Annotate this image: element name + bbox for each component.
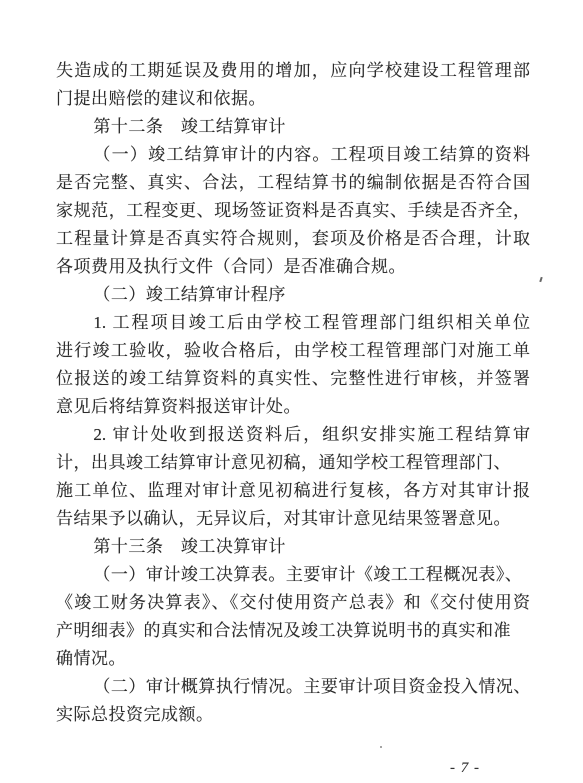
text-line: 产明细表》的真实和合法情况及竣工决算说明书的真实和准	[56, 617, 530, 645]
text-line: 意见后将结算资料报送审计处。	[56, 393, 530, 421]
text-line: （一）竣工结算审计的内容。工程项目竣工结算的资料	[56, 141, 530, 169]
text-line: 是否完整、真实、合法，工程结算书的编制依据是否符合国	[56, 169, 530, 197]
text-line: 失造成的工期延误及费用的增加，应向学校建设工程管理部	[56, 57, 530, 85]
text-line: 告结果予以确认，无异议后，对其审计意见结果签署意见。	[56, 505, 530, 533]
text-line: 《竣工财务决算表》、《交付使用资产总表》和《交付使用资	[56, 589, 530, 617]
text-line: （二）竣工结算审计程序	[56, 281, 530, 309]
text-line: 进行竣工验收，验收合格后，由学校工程管理部门对施工单	[56, 337, 530, 365]
text-line: 1. 工程项目竣工后由学校工程管理部门组织相关单位	[56, 309, 530, 337]
text-line: 门提出赔偿的建议和依据。	[56, 85, 530, 113]
document-page: 失造成的工期延误及费用的增加，应向学校建设工程管理部门提出赔偿的建议和依据。第十…	[0, 0, 583, 783]
scan-speck-icon	[539, 277, 542, 282]
text-line: 位报送的竣工结算资料的真实性、完整性进行审核，并签署	[56, 365, 530, 393]
text-line: 第十三条 竣工决算审计	[56, 533, 530, 561]
text-line: 2. 审计处收到报送资料后，组织安排实施工程结算审	[56, 421, 530, 449]
page-number: - 7 -	[450, 760, 496, 777]
text-line: 计，出具竣工结算审计意见初稿，通知学校工程管理部门、	[56, 449, 530, 477]
text-line: 实际总投资完成额。	[56, 701, 530, 729]
text-line: 第十二条 竣工结算审计	[56, 113, 530, 141]
text-line: 各项费用及执行文件（合同）是否准确合规。	[56, 253, 530, 281]
text-line: 施工单位、监理对审计意见初稿进行复核，各方对其审计报	[56, 477, 530, 505]
text-line: （一）审计竣工决算表。主要审计《竣工工程概况表》、	[56, 561, 530, 589]
document-body: 失造成的工期延误及费用的增加，应向学校建设工程管理部门提出赔偿的建议和依据。第十…	[56, 57, 530, 729]
text-line: 家规范，工程变更、现场签证资料是否真实、手续是否齐全，	[56, 197, 530, 225]
text-line: （二）审计概算执行情况。主要审计项目资金投入情况、	[56, 673, 530, 701]
scan-speck-icon	[380, 746, 382, 748]
text-line: 工程量计算是否真实符合规则，套项及价格是否合理，计取	[56, 225, 530, 253]
text-line: 确情况。	[56, 645, 530, 673]
